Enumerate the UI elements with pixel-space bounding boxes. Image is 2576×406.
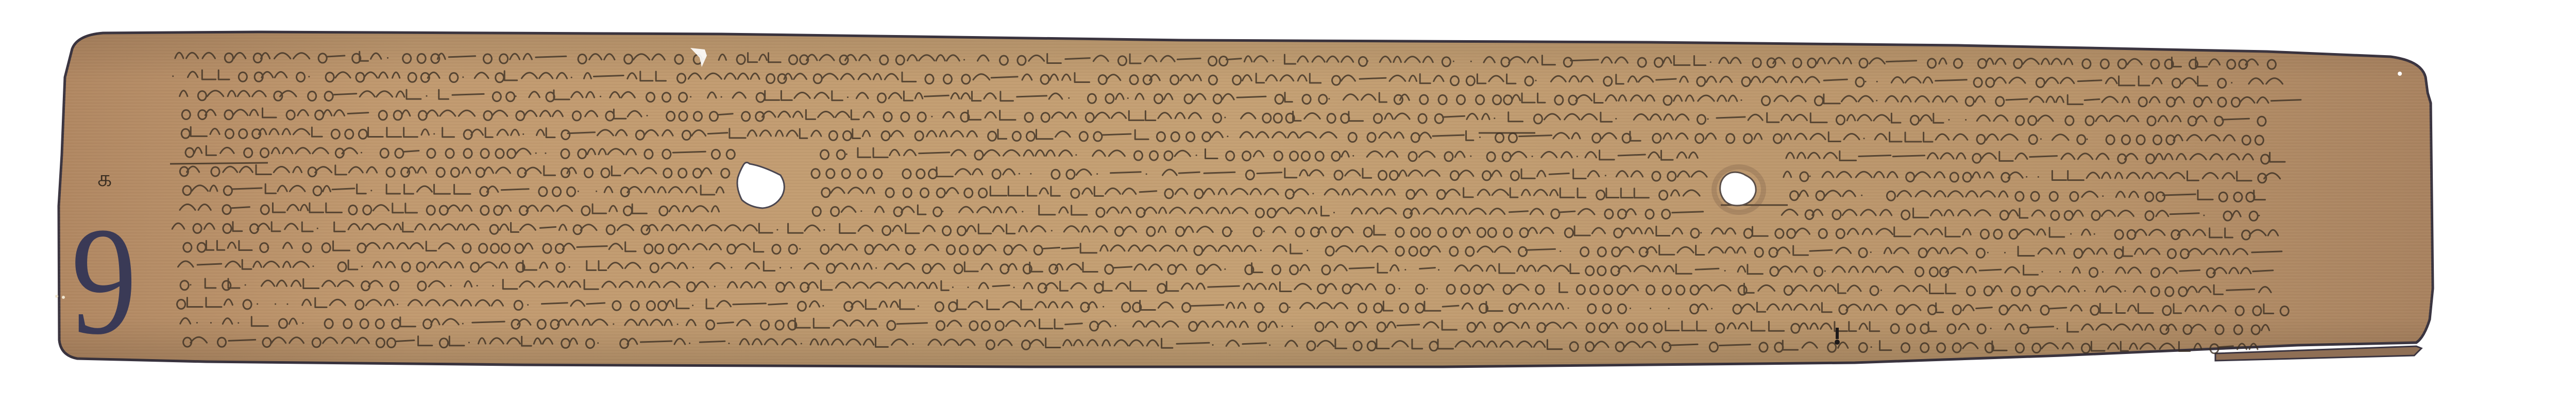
palm-leaf [0, 0, 2576, 406]
leaf-number-handwritten: 9 [71, 204, 137, 358]
manuscript-scan: ௧ 9 9 [0, 0, 2576, 406]
folio-mark: ௧ [97, 167, 112, 190]
